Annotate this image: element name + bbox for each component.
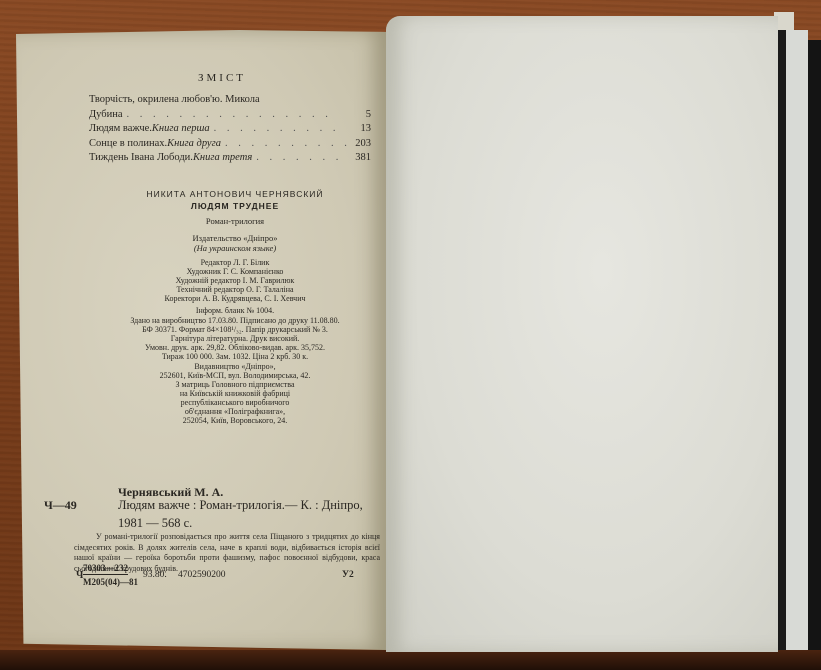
toc-leader-dots: . . . . . . . . . . . . . . . . (123, 109, 366, 120)
info-sheet-number: Інформ. бланк № 1004. (100, 306, 370, 315)
imprint-title: ЛЮДЯМ ТРУДНЕЕ (100, 201, 370, 211)
credit-line: Коректори А. В. Кудрявцева, С. І. Хевчич (100, 294, 370, 303)
imprint-genre: Роман-трилогия (100, 216, 370, 226)
card-title-line: Людям важче : Роман-трилогія.— К. : Дніп… (118, 498, 363, 513)
credit-line: Редактор Л. Г. Білик (100, 258, 370, 267)
publisher-line: об'єднання «Поліграфкнига», (100, 407, 370, 416)
table-shadow (0, 650, 821, 670)
toc-entry: Творчість, окрилена любов'ю. Микола (89, 94, 371, 105)
contents-heading: ЗМІСТ (198, 72, 246, 84)
publisher-line: 252054, Київ, Воровського, 24. (100, 416, 370, 425)
card-year-pages: 1981 — 568 с. (118, 516, 192, 531)
imprint-author: НИКИТА АНТОНОВИЧ ЧЕРНЯВСКИЙ (100, 189, 370, 199)
toc-leader-dots: . . . . . . . (252, 152, 355, 163)
card-classification-code: Ч—49 (44, 498, 77, 513)
publisher-line: на Київській книжковій фабриці (100, 389, 370, 398)
toc-entry: Тиждень Івана Лободи. Книга третя . . . … (89, 152, 371, 163)
publisher-line: З матриць Головного підприємства (100, 380, 370, 389)
toc-leader-dots: . . . . . . . . . . (210, 123, 361, 134)
toc-entry: Людям важче. Книга перша . . . . . . . .… (89, 123, 371, 134)
production-line: БФ 30371. Формат 84×108¹/₃₂. Папір друка… (100, 325, 370, 334)
imprint-language-note: (На украинском языке) (100, 243, 370, 253)
right-page-blank (386, 16, 778, 652)
production-line: Гарнітура літературна. Друк високий. (100, 334, 370, 343)
credit-line: Художник Г. С. Компанієнко (100, 267, 370, 276)
publisher-line: Видавництво «Дніпро», (100, 362, 370, 371)
card-number: 4702590200 (178, 570, 226, 580)
card-price-code: 93.80. (143, 570, 167, 580)
production-line: Здано на виробництво 17.03.80. Підписано… (100, 316, 370, 325)
imprint-publisher: Издательство «Дніпро» (100, 233, 370, 243)
toc-entry: Дубина . . . . . . . . . . . . . . . . 5 (89, 109, 371, 120)
toc-leader-dots: . . . . . . . . . . (221, 138, 355, 149)
publisher-line: 252601, Київ-МСП, вул. Володимирська, 42… (100, 371, 370, 380)
production-line: Умовн. друк. арк. 29,82. Обліково-видав.… (100, 343, 370, 352)
production-line: Тираж 100 000. Зам. 1032. Ціна 2 крб. 30… (100, 352, 370, 361)
publisher-line: республіканського виробничого (100, 398, 370, 407)
card-udc: У2 (342, 570, 354, 580)
toc-entry: Сонце в полинах. Книга друга . . . . . .… (89, 138, 371, 149)
credit-line: Технічний редактор О. Г. Талаліна (100, 285, 370, 294)
credit-line: Художній редактор І. М. Гаврилюк (100, 276, 370, 285)
